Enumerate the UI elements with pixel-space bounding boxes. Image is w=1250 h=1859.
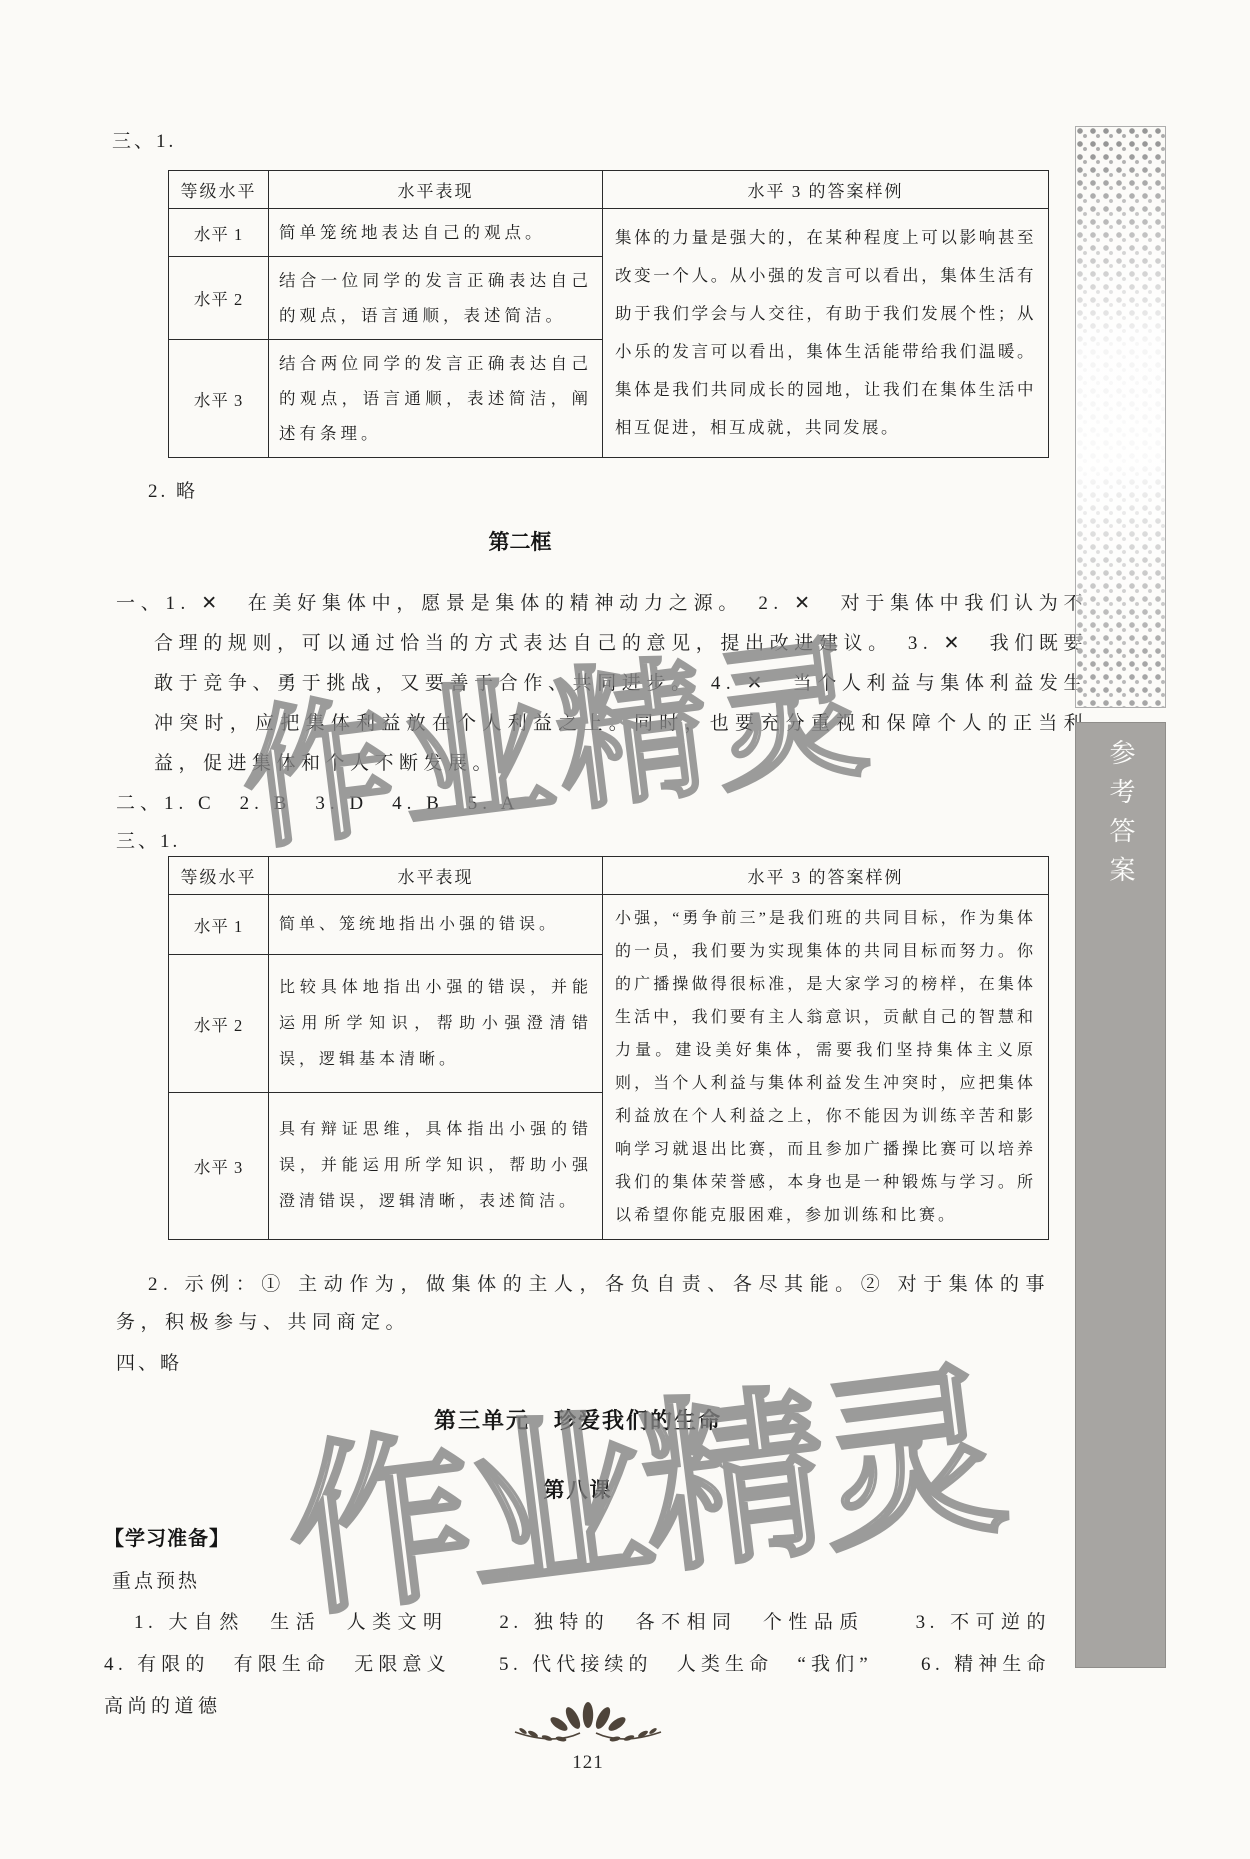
table2-header-performance: 水平表现 (269, 857, 603, 895)
sidebar-tab-label: 参考答案 (1102, 723, 1139, 1667)
answer-key-page: 三、1. 等级水平 水平表现 水平 3 的答案样例 水平 1 简单笼统地表达自己… (0, 0, 1250, 1859)
table1-level-1: 水平 1 (169, 209, 269, 257)
table1-header-level: 等级水平 (169, 171, 269, 209)
table1-level-2: 水平 2 (169, 257, 269, 340)
table2-header-sample: 水平 3 的答案样例 (603, 857, 1049, 895)
frame2-question-4: 四、略 (116, 1348, 182, 1375)
top-item-2: 2. 略 (148, 476, 198, 503)
table2-desc-1: 简单、笼统地指出小强的错误。 (269, 895, 603, 955)
lesson8-title: 第八课 (108, 1474, 1048, 1504)
rubric-table-1: 等级水平 水平表现 水平 3 的答案样例 水平 1 简单笼统地表达自己的观点。 … (168, 170, 1049, 458)
table1-header-performance: 水平表现 (269, 171, 603, 209)
laurel-ornament (503, 1700, 673, 1752)
frame2-question-3-label: 三、1. (116, 826, 180, 853)
table2-header-level: 等级水平 (169, 857, 269, 895)
table1-desc-1: 简单笼统地表达自己的观点。 (269, 209, 603, 257)
frame2-heading: 第二框 (108, 526, 1048, 556)
table-row: 水平 1 简单笼统地表达自己的观点。 集体的力量是强大的，在某种程度上可以影响甚… (169, 209, 1049, 257)
table1-desc-3: 结合两位同学的发言正确表达自己的观点，语言通顺，表述简洁，阐述有条理。 (269, 340, 603, 458)
table2-desc-2: 比较具体地指出小强的错误，并能运用所学知识，帮助小强澄清错误，逻辑基本清晰。 (269, 955, 603, 1093)
table2-sample-answer: 小强，“勇争前三”是我们班的共同目标，作为集体的一员，我们要为实现集体的共同目标… (603, 895, 1049, 1240)
prep-section-header: 【学习准备】 (104, 1522, 230, 1551)
frame2-question-1: 一、1. ✕ 在美好集体中，愿景是集体的精神动力之源。 2. ✕ 对于集体中我们… (116, 584, 1088, 784)
table2-desc-3: 具有辩证思维，具体指出小强的错误，并能运用所学知识，帮助小强澄清错误，逻辑清晰，… (269, 1093, 603, 1240)
sidebar-tab: 参考答案 (1075, 722, 1166, 1668)
table1-header-sample: 水平 3 的答案样例 (603, 171, 1049, 209)
prep-subhead: 重点预热 (112, 1566, 200, 1593)
rubric-table-2: 等级水平 水平表现 水平 3 的答案样例 水平 1 简单、笼统地指出小强的错误。… (168, 856, 1049, 1240)
table1-desc-2: 结合一位同学的发言正确表达自己的观点，语言通顺，表述简洁。 (269, 257, 603, 340)
table2-level-2: 水平 2 (169, 955, 269, 1093)
sidebar-halftone-pattern (1075, 126, 1166, 708)
table2-level-1: 水平 1 (169, 895, 269, 955)
table1-sample-answer: 集体的力量是强大的，在某种程度上可以影响甚至改变一个人。从小强的发言可以看出，集… (603, 209, 1049, 458)
frame2-heading-text: 第二框 (489, 530, 552, 554)
section-3-label: 三、1. (112, 126, 176, 153)
unit3-title: 第三单元 珍爱我们的生命 (108, 1404, 1048, 1435)
table1-level-3: 水平 3 (169, 340, 269, 458)
frame2-item-2: 2. 示例：① 主动作为，做集体的主人，各负自责、各尽其能。② 对于集体的事务，… (116, 1266, 1050, 1342)
table-row: 水平 1 简单、笼统地指出小强的错误。 小强，“勇争前三”是我们班的共同目标，作… (169, 895, 1049, 955)
frame2-question-2: 二、1. C 2. B 3. D 4. B 5. A (116, 788, 519, 815)
table2-level-3: 水平 3 (169, 1093, 269, 1240)
page-number: 121 (545, 1752, 631, 1774)
